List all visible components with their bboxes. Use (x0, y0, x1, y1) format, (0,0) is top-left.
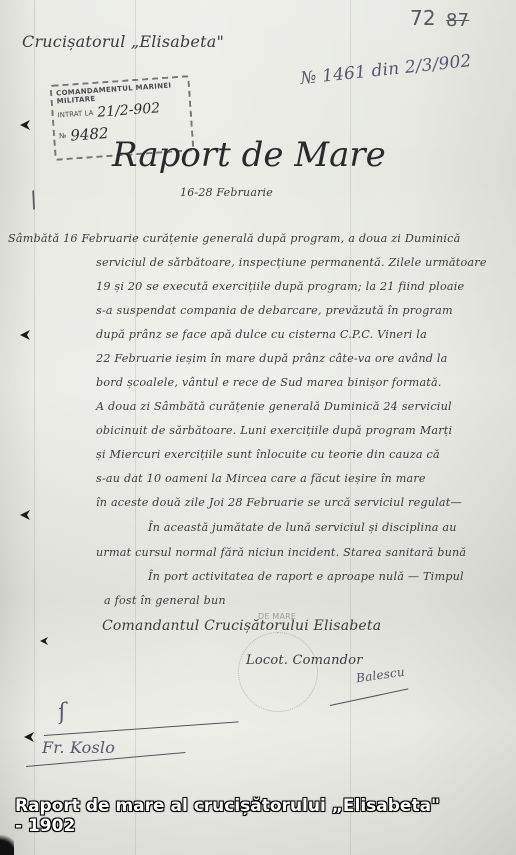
body-line: serviciul de sărbătoare, inspecțiune per… (96, 256, 487, 269)
stamp-number: 9482 (70, 124, 109, 145)
page-corner-shadow (0, 829, 14, 855)
image-caption: Raport de mare al crucișătorului „Elisab… (15, 796, 440, 836)
body-line: în aceste două zile Joi 28 Februarie se … (96, 496, 462, 509)
body-line: s-au dat 10 oameni la Mircea care a făcu… (96, 472, 426, 485)
margin-signature: Fr. Koslo (42, 738, 115, 757)
body-line: a fost în general bun (104, 594, 226, 607)
body-line: s-a suspendat compania de debarcare, pre… (96, 304, 453, 317)
body-line: urmat cursul normal fără niciun incident… (96, 546, 466, 559)
body-line: obicinuit de sărbătoare. Luni exercițiil… (96, 424, 452, 437)
ship-heading: Crucișatorul „Elisabeta" (22, 32, 224, 51)
body-line: În această jumătate de lună serviciul și… (148, 521, 457, 534)
page-title: Raport de Mare (112, 135, 386, 175)
closing-signature-line: Comandantul Crucișătorului Elisabeta (102, 618, 381, 634)
body-line: A doua zi Sâmbătă curățenie generală Dum… (96, 400, 452, 413)
body-line: În port activitatea de raport e aproape … (148, 570, 464, 583)
body-line: și Miercuri exercițiile sunt înlocuite c… (96, 448, 440, 461)
body-line: 22 Februarie ieșim în mare după prânz câ… (96, 352, 448, 365)
ship-seal (238, 632, 318, 712)
body-line: 19 și 20 se execută exercițiile după pro… (96, 280, 464, 293)
caption-line-2: - 1902 (15, 816, 440, 836)
commander-rank: Locot. Comandor (246, 653, 363, 668)
body-line: bord școalele, vântul e rece de Sud mare… (96, 376, 442, 389)
stamp-number-label: № (59, 132, 67, 140)
stamp-date: 21/2-902 (97, 100, 161, 120)
caption-line-1: Raport de mare al crucișătorului „Elisab… (15, 796, 440, 816)
margin-line (34, 0, 35, 855)
page-number: 72 (410, 6, 436, 30)
body-line: după prânz se face apă dulce cu cisterna… (96, 328, 427, 341)
page-number-struck: 87 (446, 10, 469, 31)
page-subtitle: 16-28 Februarie (180, 186, 273, 199)
stamp-intrat-label: INTRAT LA (57, 109, 93, 119)
body-line: Sâmbătă 16 Februarie curățenie generală … (8, 232, 461, 245)
